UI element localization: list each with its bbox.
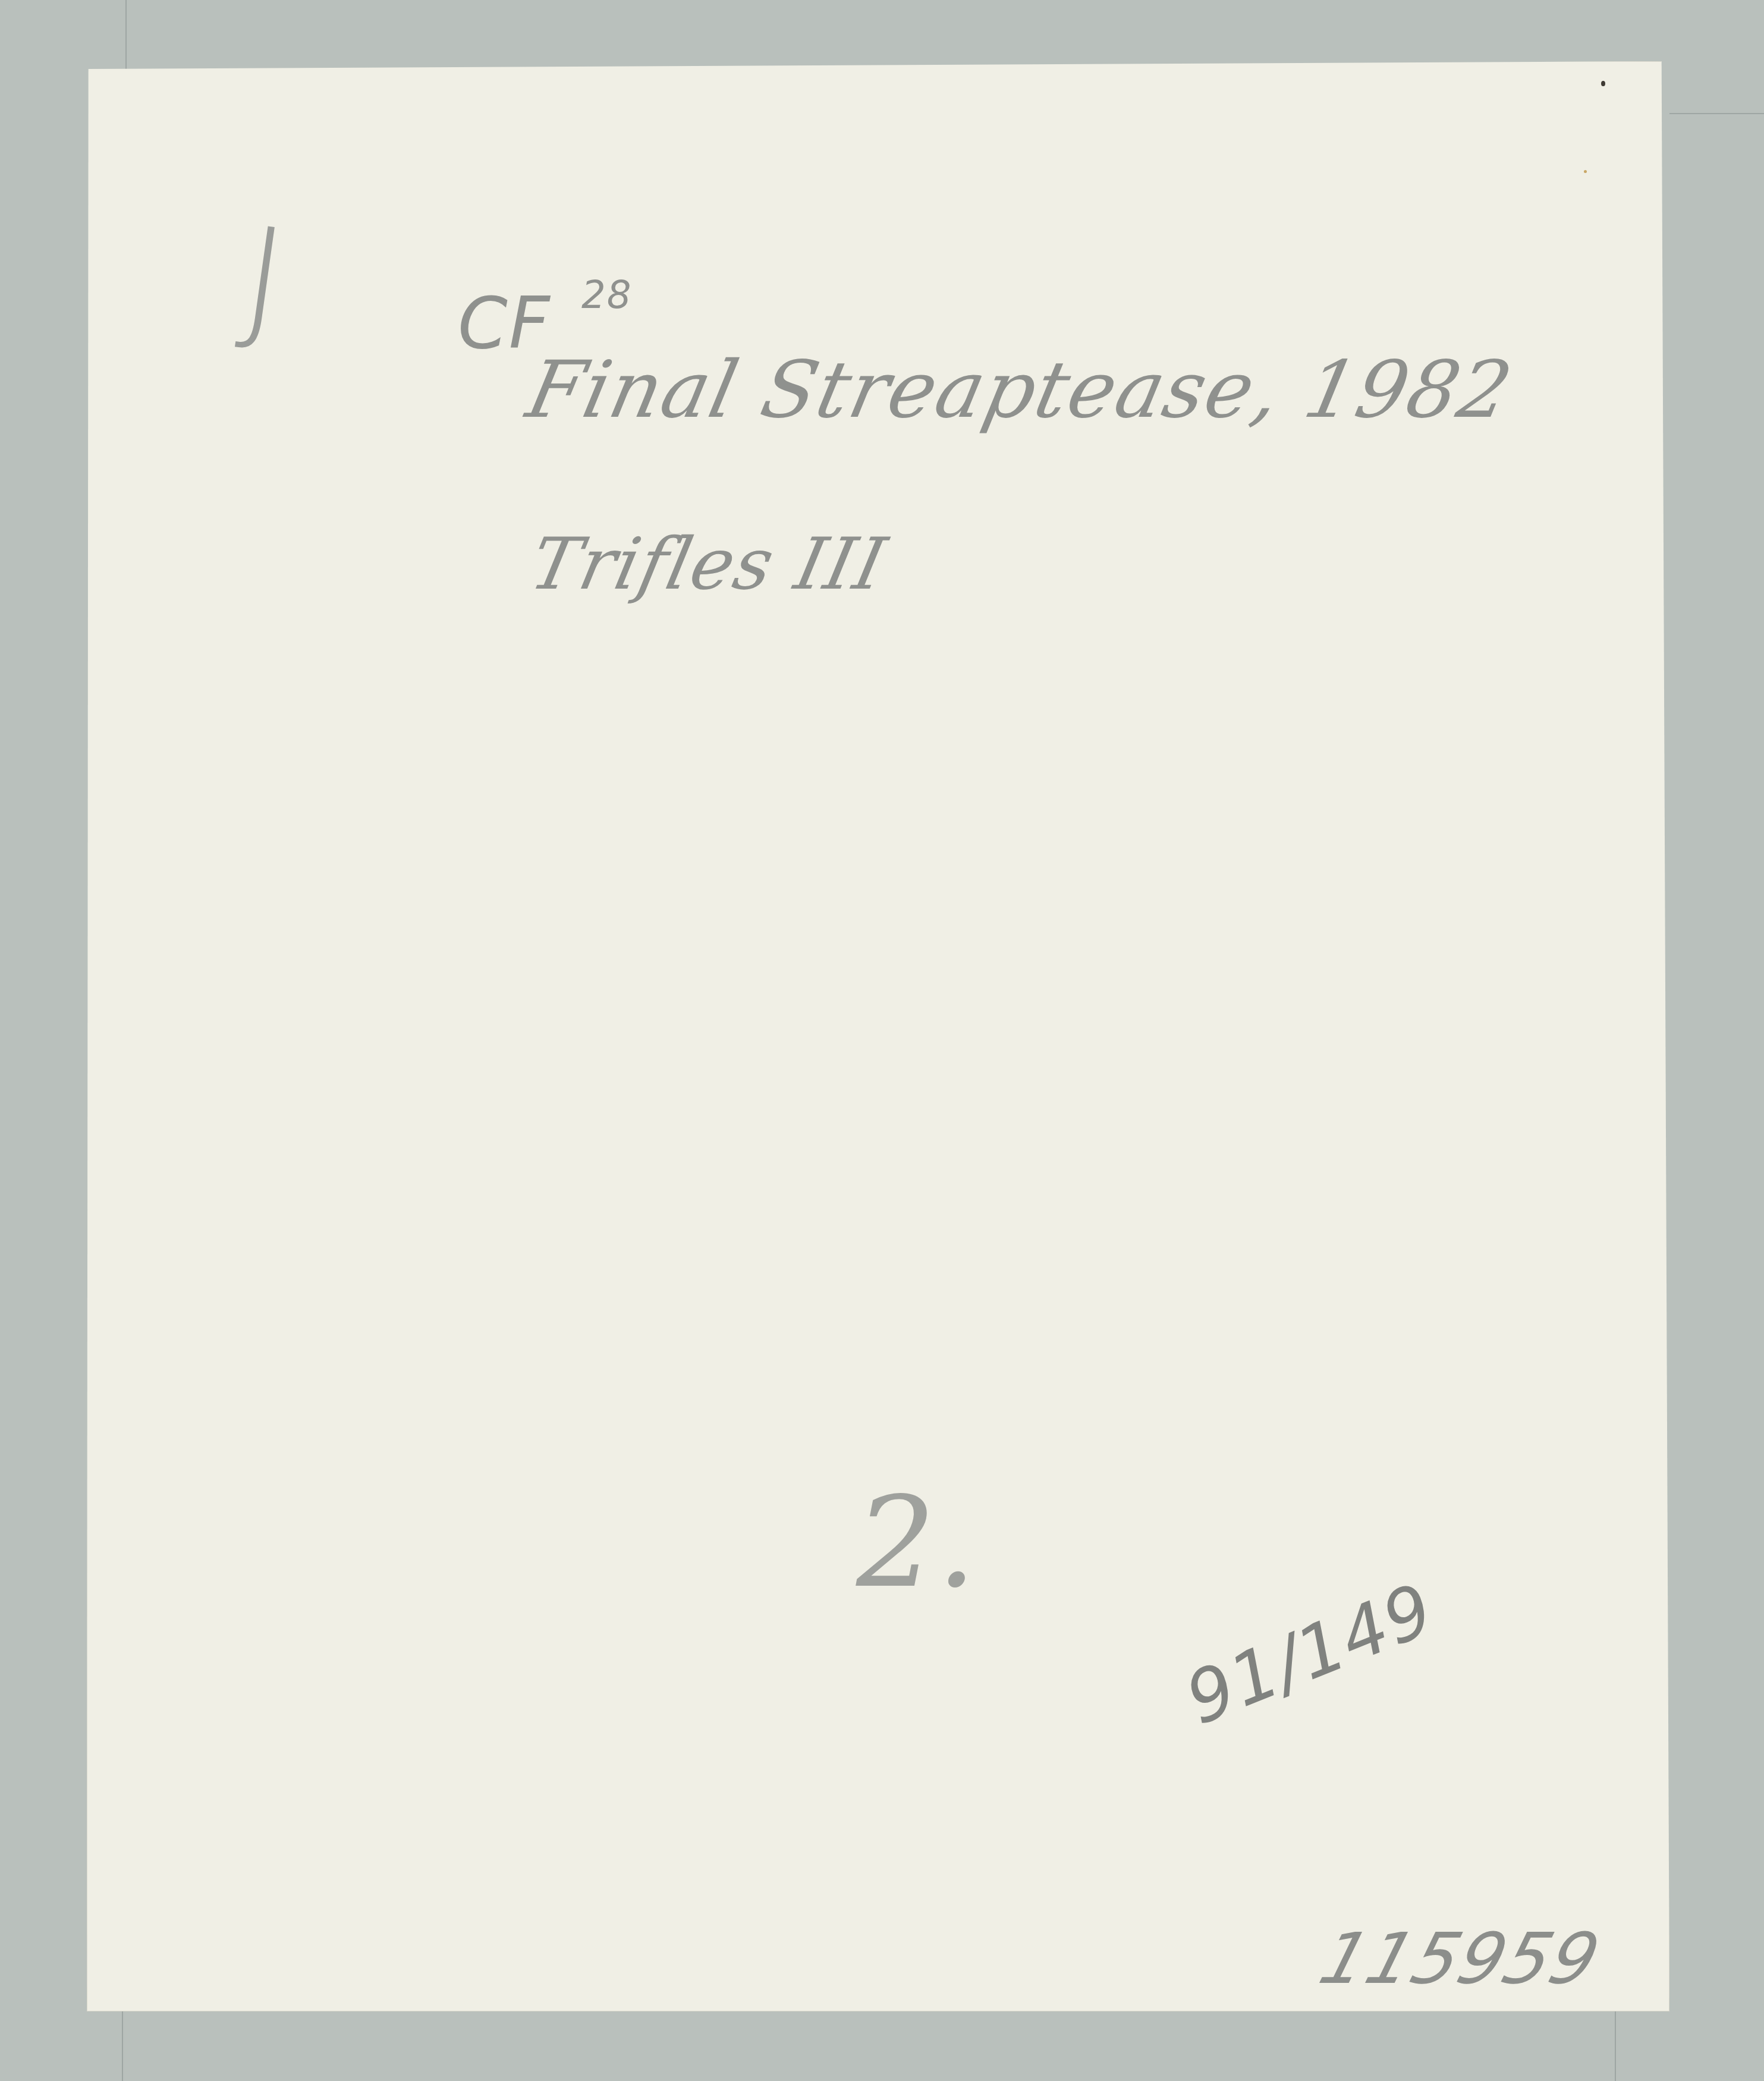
pencil-series-title: Trifles III (524, 529, 892, 601)
pencil-catalog-code: CF (458, 288, 551, 360)
mat-seam-top-right (1669, 113, 1764, 114)
pencil-catalog-number: 28 (581, 276, 632, 315)
paper-speck (1584, 170, 1587, 173)
pencil-work-title: Final Streaptease, 1982 (521, 351, 1519, 429)
pencil-sequence-mark: 2. (856, 1480, 977, 1605)
mat-seam-bottom-right (1615, 2011, 1616, 2081)
pencil-inventory-number: 115959 (1313, 1923, 1608, 1994)
paper-speck (1601, 81, 1605, 86)
mat-seam-bottom-left (122, 2011, 123, 2081)
mat-seam-top-left (125, 0, 127, 69)
